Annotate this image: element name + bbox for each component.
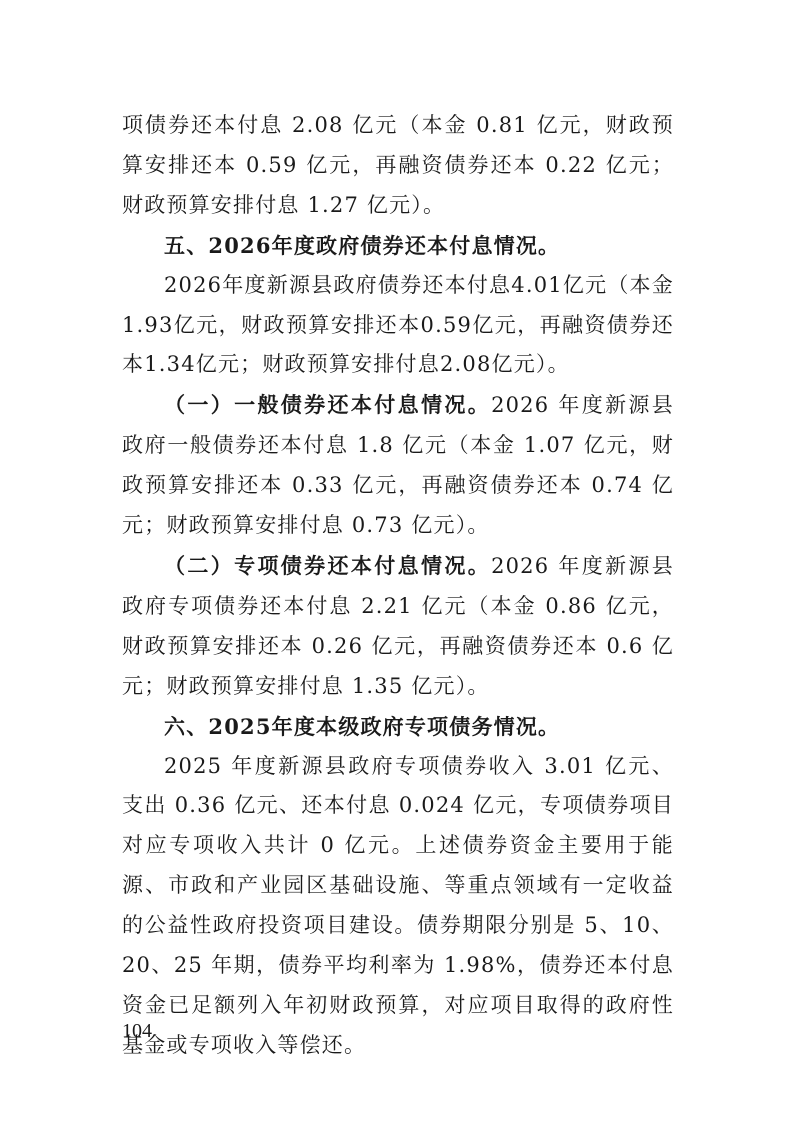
document-page: 项债券还本付息 2.08 亿元（本金 0.81 亿元，财政预算安排还本 0.59… — [0, 0, 793, 1122]
document-body: 项债券还本付息 2.08 亿元（本金 0.81 亿元，财政预算安排还本 0.59… — [122, 106, 674, 1066]
page-number: 104 — [122, 1020, 152, 1043]
subsection-special-bonds: （二）专项债券还本付息情况。2026 年度新源县政府专项债券还本付息 2.21 … — [122, 546, 674, 707]
section-heading-5: 五、2026年度政府债券还本付息情况。 — [122, 226, 674, 266]
subsection-title-special-bonds: （二）专项债券还本付息情况。 — [164, 553, 491, 578]
section-5-intro: 2026年度新源县政府债券还本付息4.01亿元（本金1.93亿元，财政预算安排还… — [122, 266, 674, 386]
section-heading-6: 六、2025年度本级政府专项债务情况。 — [122, 707, 674, 747]
subsection-general-bonds: （一）一般债券还本付息情况。2026 年度新源县政府一般债券还本付息 1.8 亿… — [122, 385, 674, 546]
subsection-title-general-bonds: （一）一般债券还本付息情况。 — [164, 392, 491, 417]
continuation-paragraph: 项债券还本付息 2.08 亿元（本金 0.81 亿元，财政预算安排还本 0.59… — [122, 106, 674, 226]
section-6-intro: 2025 年度新源县政府专项债券收入 3.01 亿元、支出 0.36 亿元、还本… — [122, 747, 674, 1066]
